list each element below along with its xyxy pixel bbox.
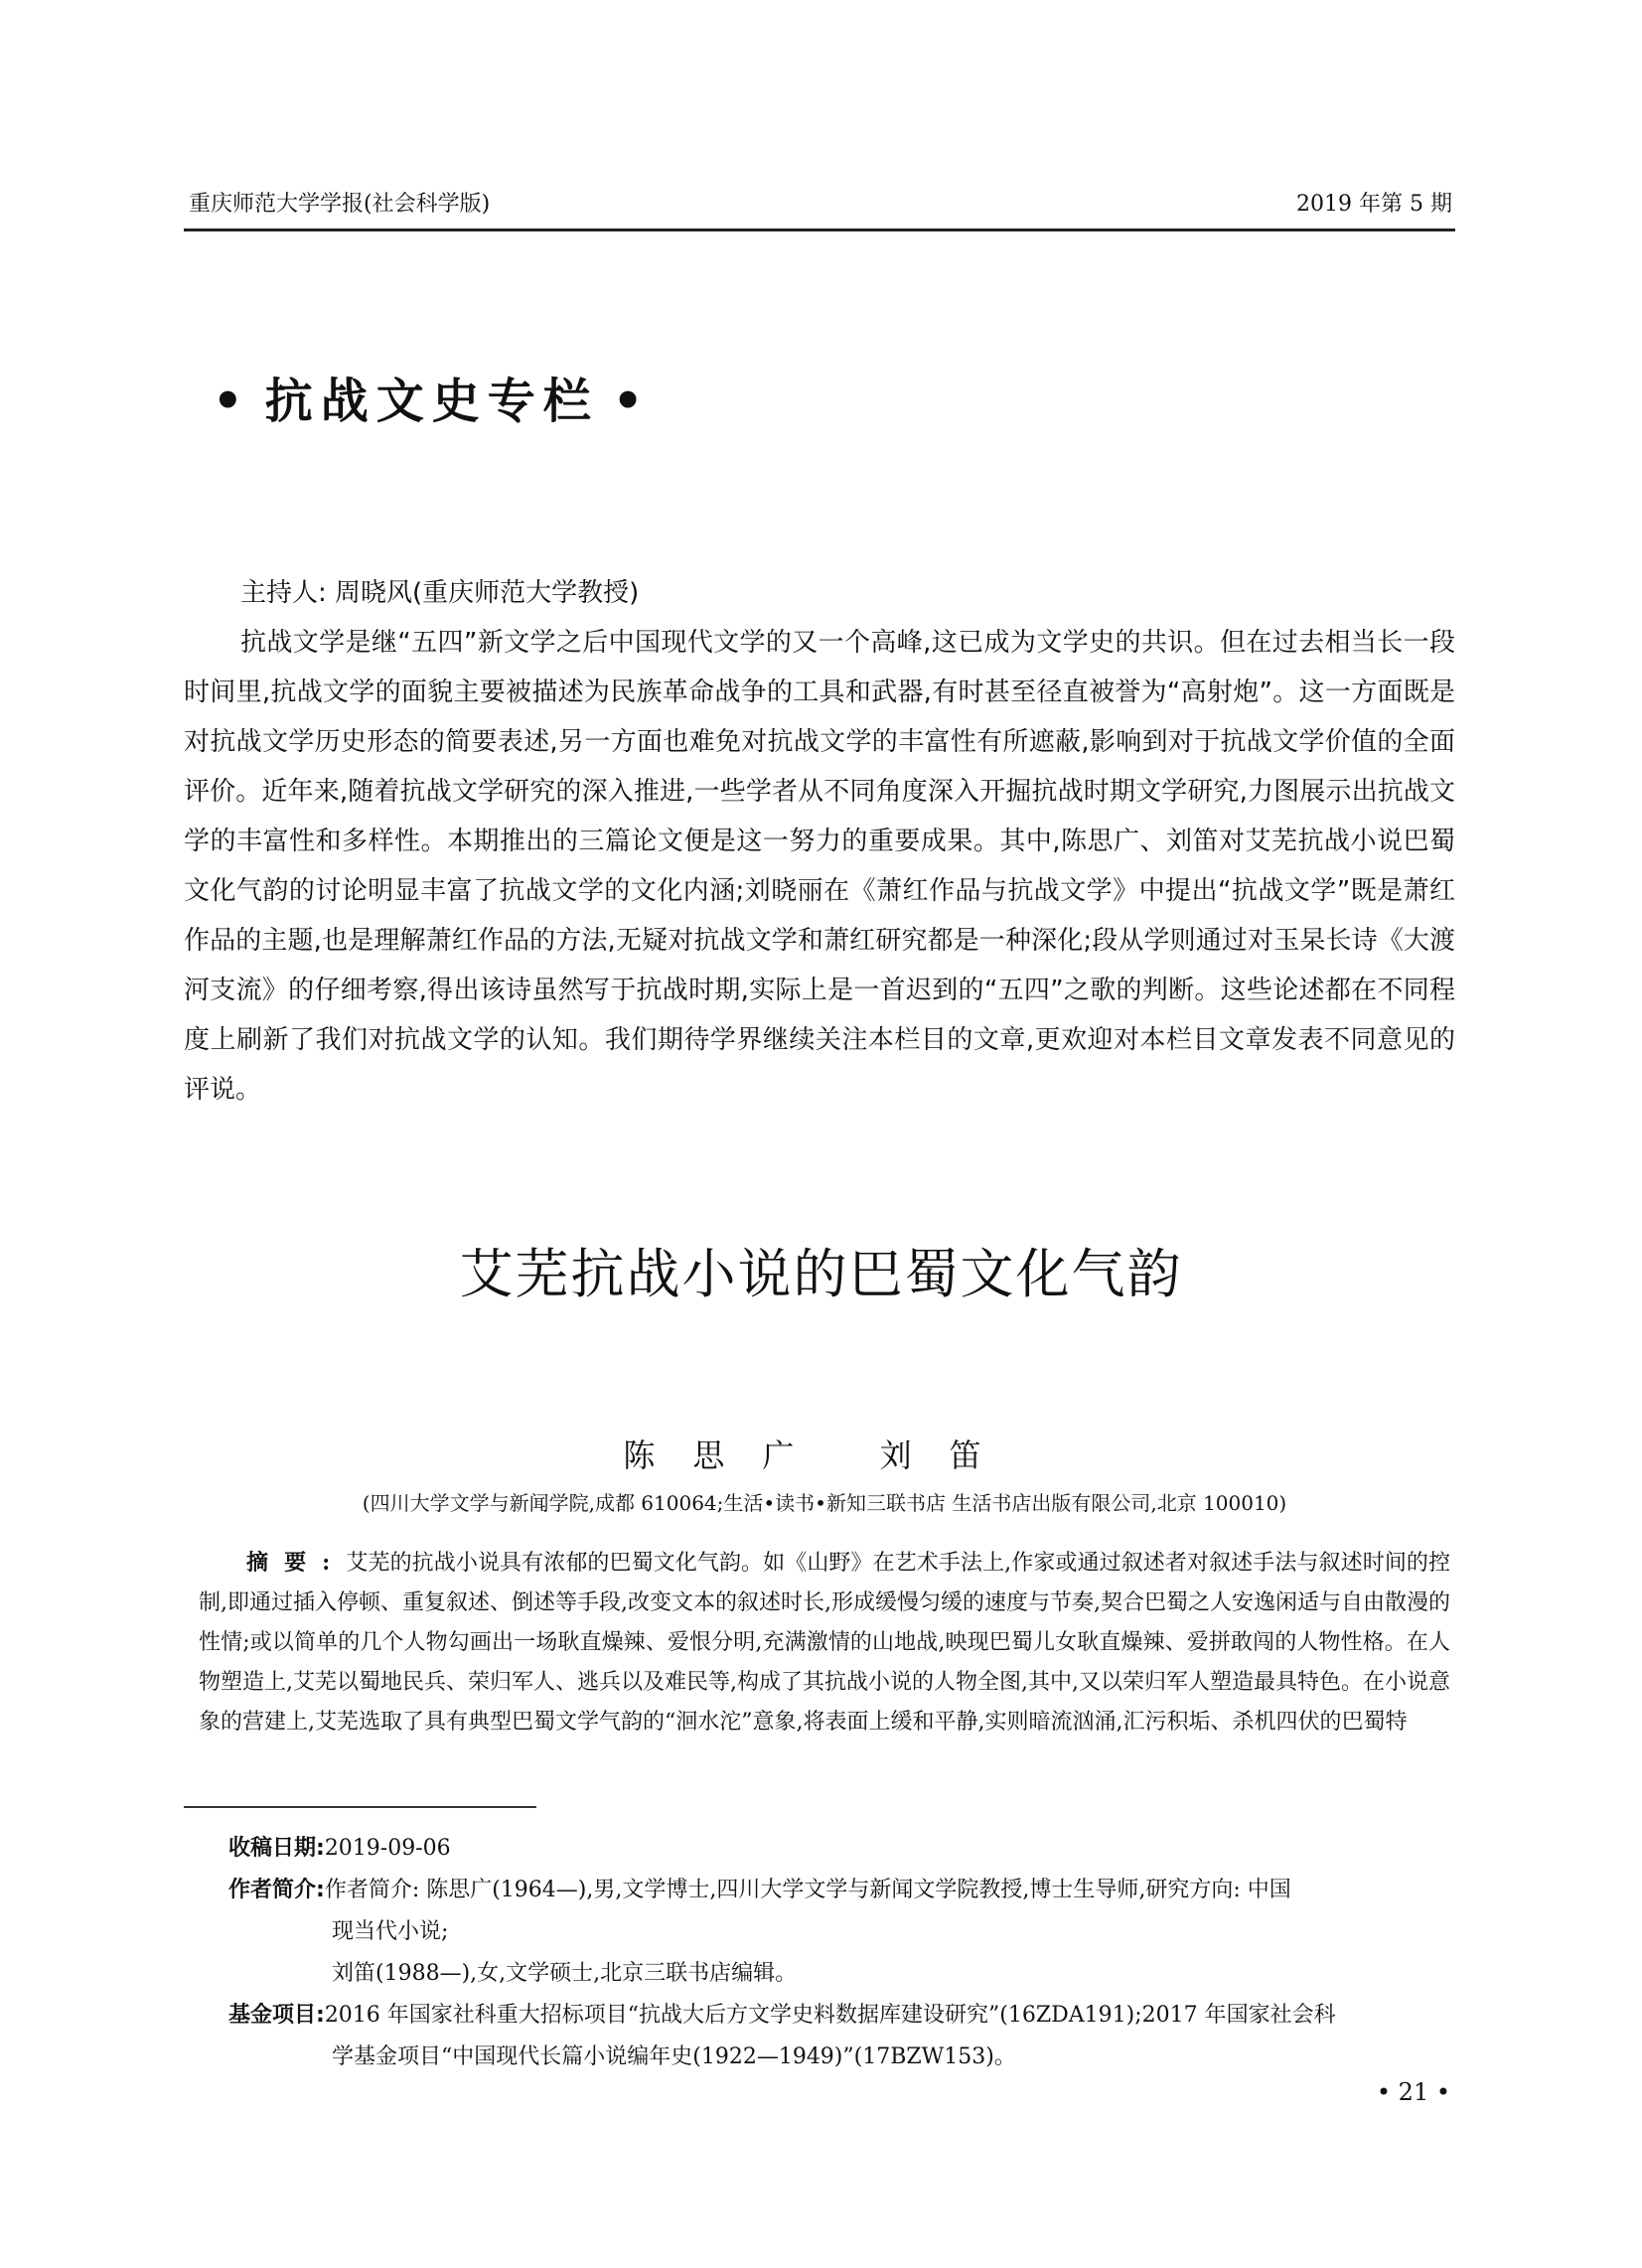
column-title-text: 抗战文史专栏 [265, 374, 599, 429]
footnotes: 收稿日期: 2019-09-06 作者简介: 作者简介: 陈思广(1964—),… [228, 1828, 1455, 2078]
abstract-label: 摘要: [199, 1550, 346, 1576]
bullet-icon: • [613, 374, 652, 429]
host-paragraph: 抗战文学是继“五四”新文学之后中国现代文学的又一个高峰,这已成为文学史的共识。但… [184, 618, 1455, 1115]
article-title: 艾芜抗战小说的巴蜀文化气韵 [0, 1232, 1642, 1308]
abstract: 摘要:艾芜的抗战小说具有浓郁的巴蜀文化气韵。如《山野》在艺术手法上,作家或通过叙… [199, 1543, 1450, 1742]
author-affiliation: (四川大学文学与新闻学院,成都 610064;生活•读书•新知三联书店 生活书店… [189, 1487, 1460, 1516]
author-bio-line3: 刘笛(1988—),女,文学硕士,北京三联书店编辑。 [228, 1953, 1455, 1995]
received-value: 2019-09-06 [325, 1828, 1455, 1870]
page-number: • 21 • [1371, 2078, 1450, 2106]
host-introduction: 主持人: 周晓风(重庆师范大学教授) 抗战文学是继“五四”新文学之后中国现代文学… [184, 568, 1455, 1115]
journal-name: 重庆师范大学学报(社会科学版) [189, 187, 490, 218]
issue-number: 2019 年第 5 期 [1296, 187, 1452, 218]
bullet-icon: • [213, 374, 251, 429]
received-label: 收稿日期: [228, 1828, 325, 1870]
author-bio-line2: 现当代小说; [228, 1911, 1455, 1953]
fund-info: 基金项目: 2016 年国家社科重大招标项目“抗战大后方文学史料数据库建设研究”… [228, 1995, 1455, 2037]
host-line: 主持人: 周晓风(重庆师范大学教授) [184, 568, 1455, 618]
author-bio-line1: 作者简介: 陈思广(1964—),男,文学博士,四川大学文学与新闻文学院教授,博… [325, 1870, 1455, 1911]
author-bio-label: 作者简介: [228, 1870, 325, 1911]
article-authors: 陈思广 刘笛 [0, 1431, 1642, 1476]
author-bio: 作者简介: 作者简介: 陈思广(1964—),男,文学博士,四川大学文学与新闻文… [228, 1870, 1455, 1911]
fund-line2: 学基金项目“中国现代长篇小说编年史(1922—1949)”(17BZW153)。 [228, 2037, 1455, 2078]
fund-label: 基金项目: [228, 1995, 325, 2037]
running-head: 重庆师范大学学报(社会科学版) 2019 年第 5 期 [189, 187, 1452, 227]
received-date: 收稿日期: 2019-09-06 [228, 1828, 1455, 1870]
abstract-text: 艾芜的抗战小说具有浓郁的巴蜀文化气韵。如《山野》在艺术手法上,作家或通过叙述者对… [199, 1551, 1450, 1735]
header-rule [184, 228, 1455, 231]
fund-line1: 2016 年国家社科重大招标项目“抗战大后方文学史料数据库建设研究”(16ZDA… [325, 1995, 1455, 2037]
footnote-rule [184, 1806, 536, 1808]
column-title: •抗战文史专栏• [199, 363, 665, 431]
